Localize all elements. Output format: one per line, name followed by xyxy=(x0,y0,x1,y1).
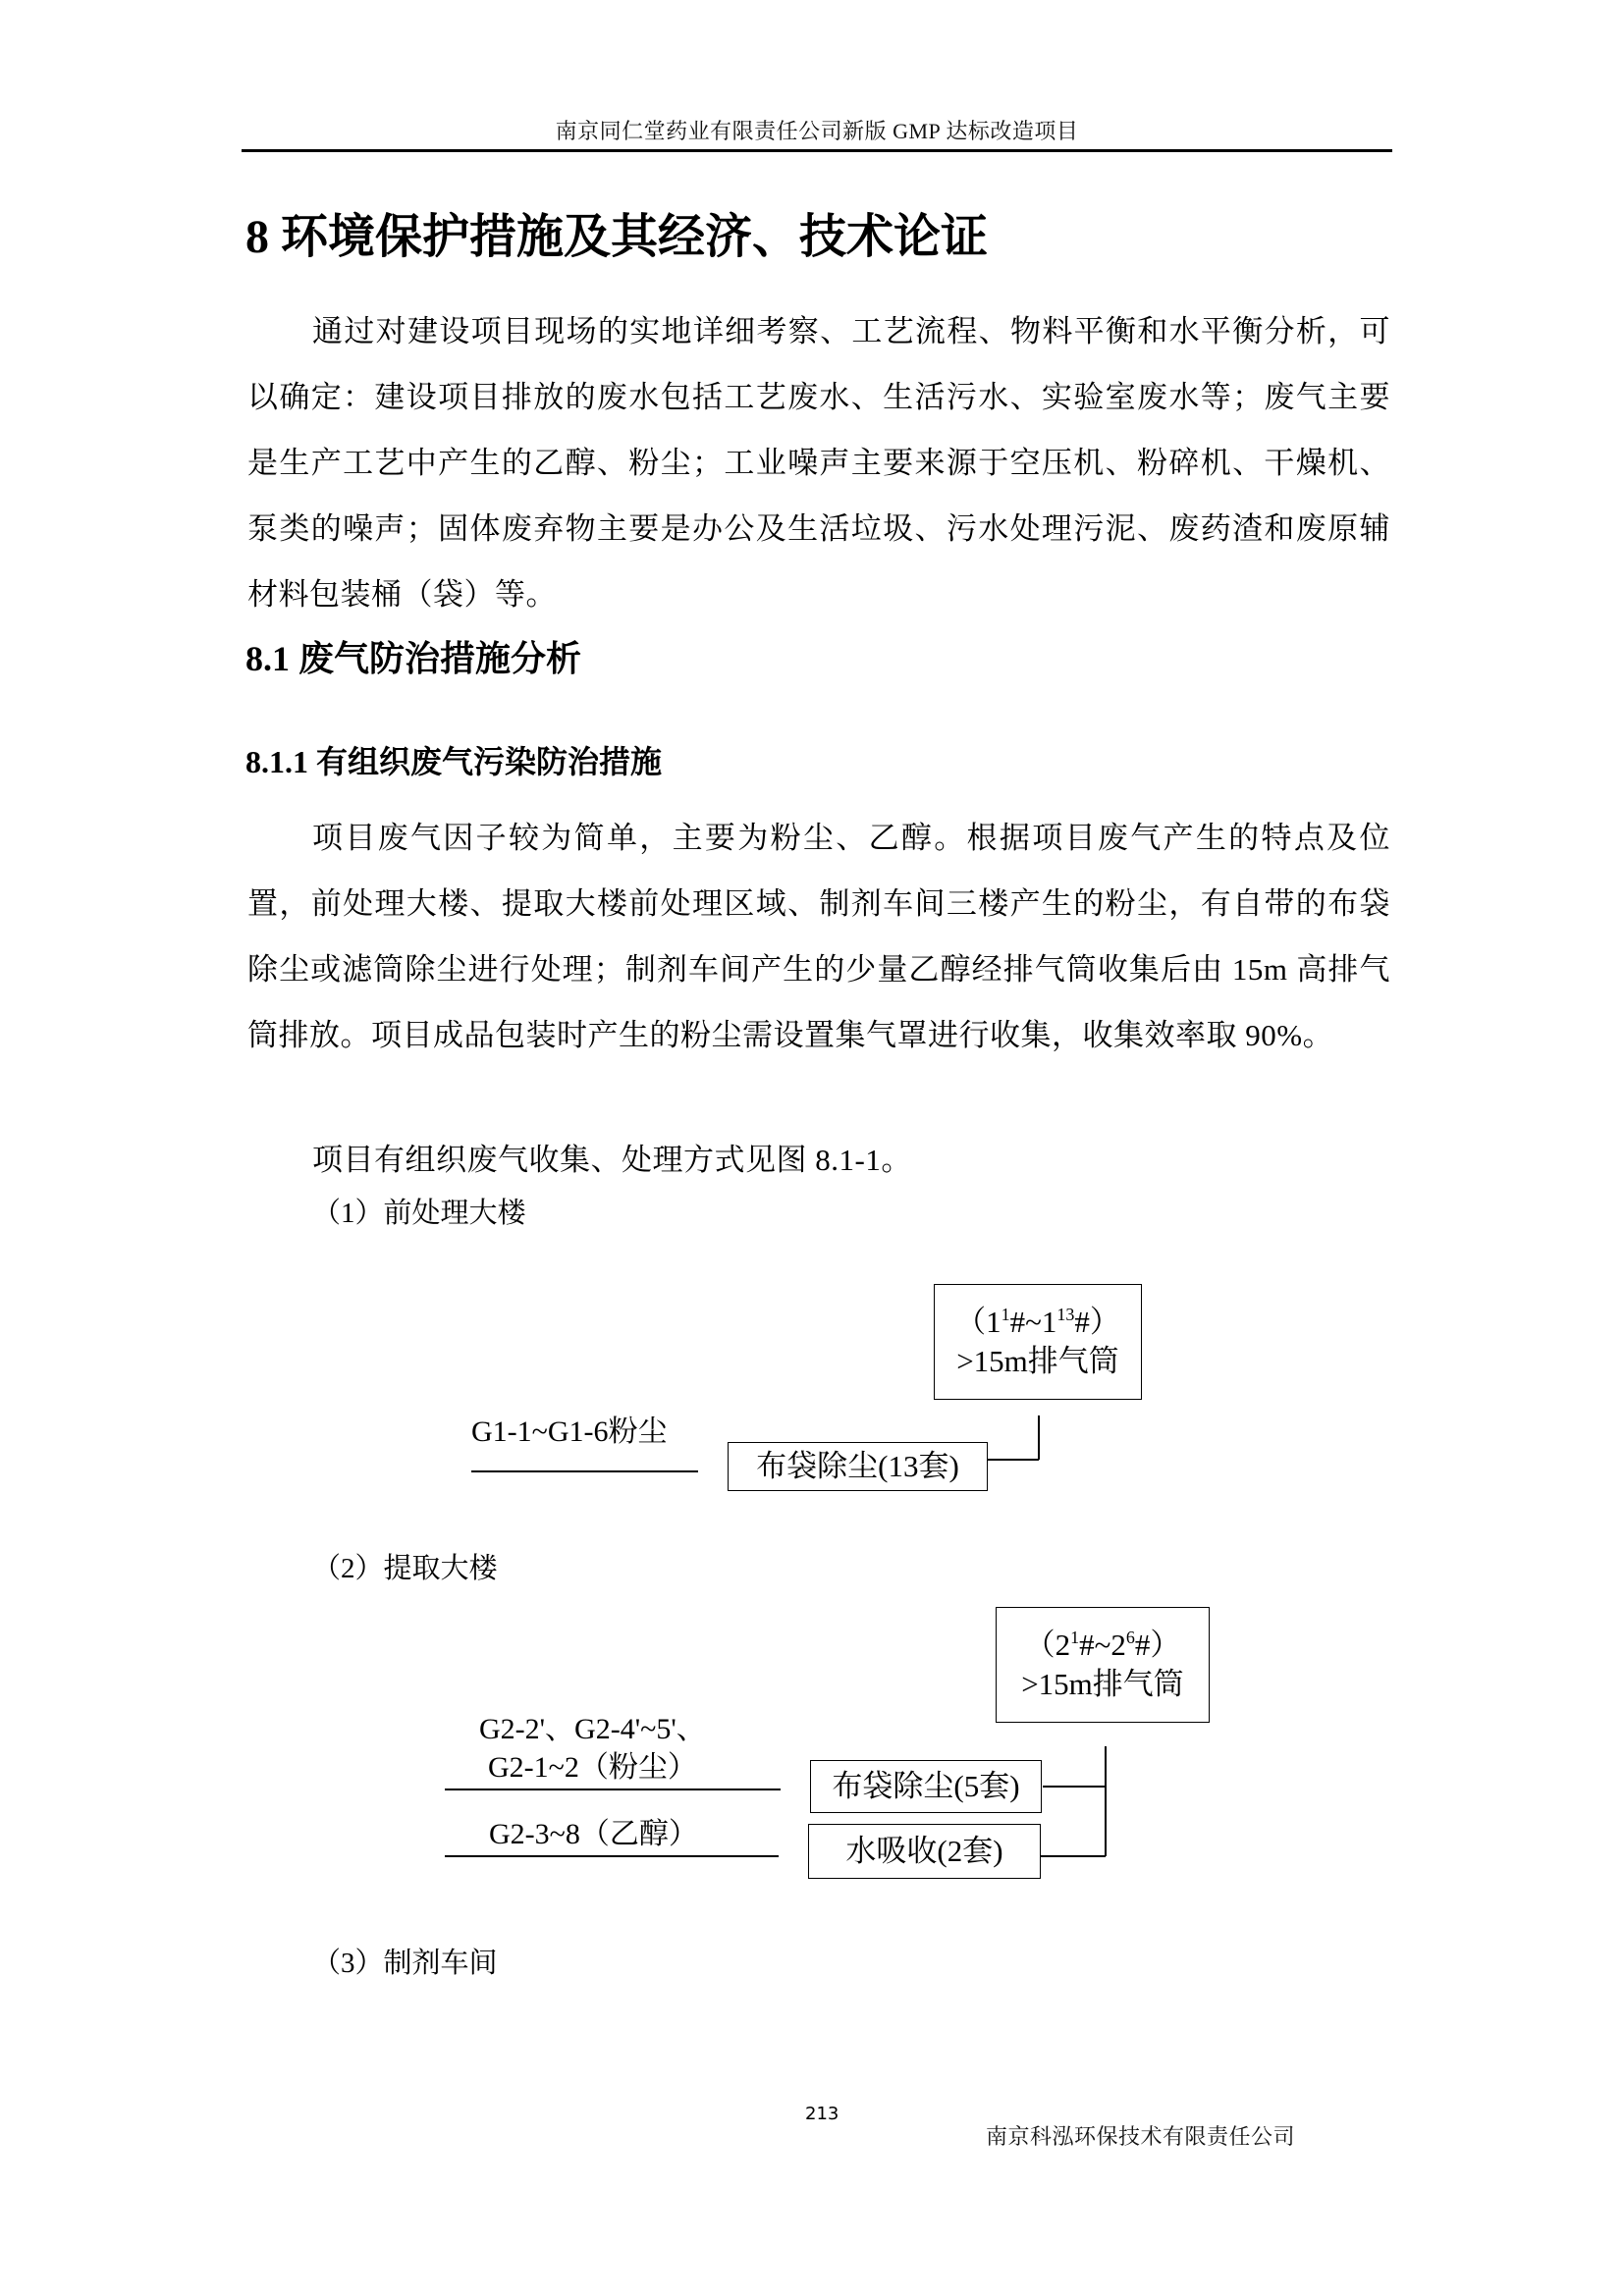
diagram-3-heading: （3）制剂车间 xyxy=(312,1944,498,1983)
diagram-1-connector-vertical xyxy=(1038,1415,1040,1460)
section-heading-8-1: 8.1 废气防治措施分析 xyxy=(245,636,581,681)
diagram-2-treatment-1-box: 布袋除尘(5套) xyxy=(810,1760,1042,1813)
diagram-2-heading: （2）提取大楼 xyxy=(312,1549,498,1588)
diagram-2-connector-vertical xyxy=(1105,1746,1107,1856)
diagram-1-source-line xyxy=(471,1470,698,1472)
diagram-1-connector-horizontal xyxy=(987,1459,1039,1461)
section-8-1-1-paragraph: 项目废气因子较为简单，主要为粉尘、乙醇。根据项目废气产生的特点及位置，前处理大楼… xyxy=(247,805,1390,1068)
diagram-1-stack-label: >15m排气筒 xyxy=(956,1342,1119,1381)
section-heading-8-1-1: 8.1.1 有组织废气污染防治措施 xyxy=(245,740,662,783)
page-number: 213 xyxy=(805,2104,839,2125)
diagram-2-source-1-label-line2: G2-1~2（粉尘） xyxy=(488,1751,697,1785)
diagram-2-source-1-line xyxy=(445,1789,781,1790)
chapter-title: 8 环境保护措施及其经济、技术论证 xyxy=(245,208,988,267)
diagram-1-stack-box: （11#~113#） >15m排气筒 xyxy=(934,1284,1142,1400)
diagram-2-stack-label: >15m排气筒 xyxy=(1021,1665,1184,1704)
diagram-1-source-label: G1-1~G1-6粉尘 xyxy=(471,1415,668,1449)
diagram-1-heading: （1）前处理大楼 xyxy=(312,1194,526,1233)
diagram-2-stack-ids: （21#~26#） xyxy=(1025,1626,1181,1665)
diagram-2-connector-2 xyxy=(1041,1855,1106,1857)
diagram-2-source-2-label: G2-3~8（乙醇） xyxy=(489,1818,698,1851)
diagram-1-treatment-box: 布袋除尘(13套) xyxy=(728,1442,988,1491)
diagram-2-treatment-2-box: 水吸收(2套) xyxy=(808,1824,1041,1879)
header-divider xyxy=(242,149,1392,152)
intro-paragraph: 通过对建设项目现场的实地详细考察、工艺流程、物料平衡和水平衡分析，可以确定：建设… xyxy=(247,298,1390,627)
footer-company: 南京科泓环保技术有限责任公司 xyxy=(986,2123,1295,2151)
diagram-1-stack-ids: （11#~113#） xyxy=(955,1303,1120,1342)
running-header: 南京同仁堂药业有限责任公司新版 GMP 达标改造项目 xyxy=(242,118,1392,145)
diagram-2-source-2-line xyxy=(445,1855,779,1857)
diagram-2-source-1-label-line1: G2-2'、G2-4'~5'、 xyxy=(479,1713,706,1746)
diagram-2-stack-box: （21#~26#） >15m排气筒 xyxy=(996,1607,1210,1723)
figure-reference: 项目有组织废气收集、处理方式见图 8.1-1。 xyxy=(247,1127,1390,1193)
diagram-2-connector-1 xyxy=(1043,1786,1106,1788)
